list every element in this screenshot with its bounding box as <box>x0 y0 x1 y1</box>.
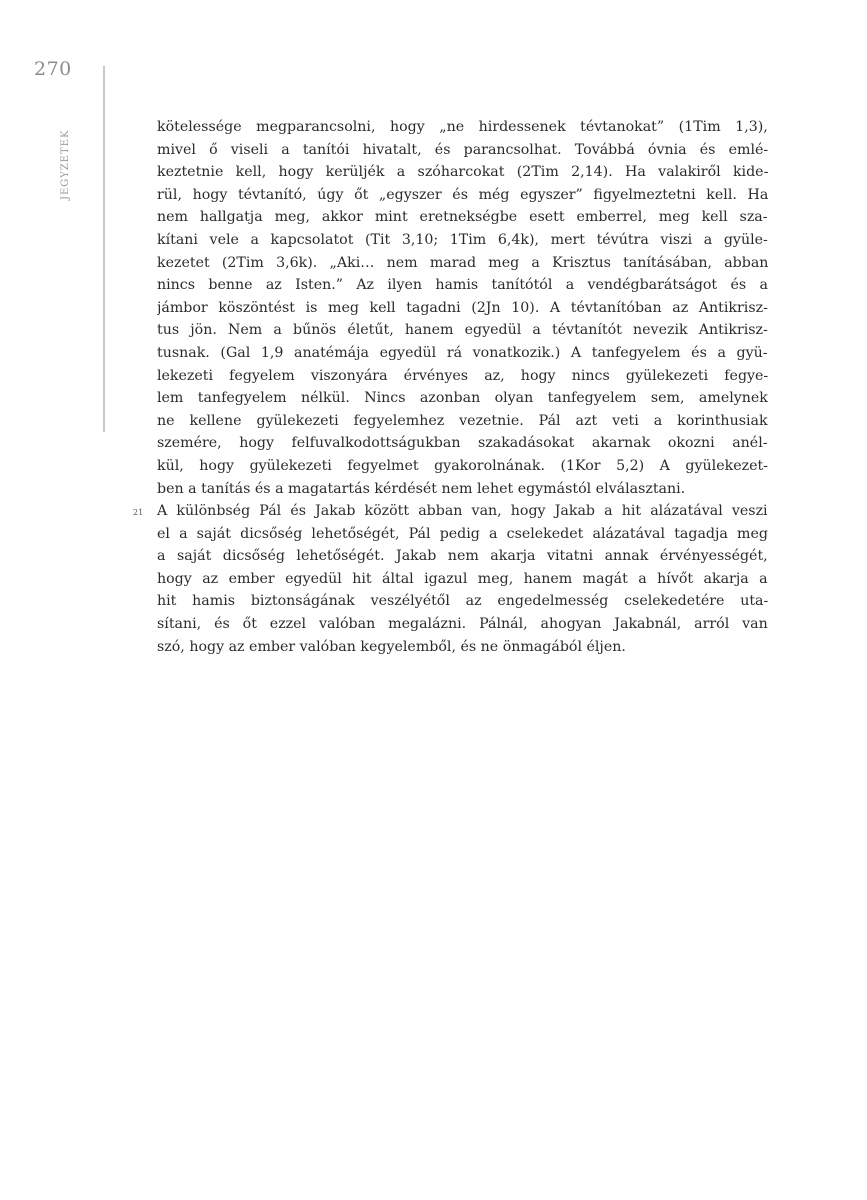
text-line: sítani, és őt ezzel valóban megalázni. P… <box>157 613 768 636</box>
text-line: el a saját dicsőség lehetőségét, Pál ped… <box>157 523 768 546</box>
text-line: ne kellene gyülekezeti fegyelemhez vezet… <box>157 410 768 433</box>
text-line: hogy az ember egyedül hit által igazul m… <box>157 568 768 591</box>
text-line: nem hallgatja meg, akkor mint eretnekség… <box>157 206 768 229</box>
text-line: lekezeti fegyelem viszonyára érvényes az… <box>157 365 768 388</box>
text-line: jámbor köszöntést is meg kell tagadni (2… <box>157 297 768 320</box>
running-section-label: JEGYZETEK <box>60 120 76 210</box>
text-line: hit hamis biztonságának veszélyétől az e… <box>157 590 768 613</box>
text-line: tusnak. (Gal 1,9 anatémája egyedül rá vo… <box>157 342 768 365</box>
page-number: 270 <box>34 58 72 80</box>
notes-body: kötelessége megparancsolni, hogy „ne hir… <box>157 116 768 658</box>
text-line: nincs benne az Isten.” Az ilyen hamis ta… <box>157 274 768 297</box>
margin-vertical-rule <box>103 66 105 432</box>
continued-note: kötelessége megparancsolni, hogy „ne hir… <box>157 116 768 500</box>
text-line: ben a tanítás és a magatartás kérdését n… <box>157 478 768 501</box>
text-line: szemére, hogy felfuvalkodottságukban sza… <box>157 432 768 455</box>
text-line: keztetnie kell, hogy kerüljék a szóharco… <box>157 161 768 184</box>
text-line: mivel ő viseli a tanítói hivatalt, és pa… <box>157 139 768 162</box>
footnote-number: 21 <box>133 502 143 525</box>
text-line: kítani vele a kapcsolatot (Tit 3,10; 1Ti… <box>157 229 768 252</box>
text-line: kül, hogy gyülekezeti fegyelmet gyakorol… <box>157 455 768 478</box>
text-line: kötelessége megparancsolni, hogy „ne hir… <box>157 116 768 139</box>
text-line: a saját dicsőség lehetőségét. Jakab nem … <box>157 545 768 568</box>
text-line: tus jön. Nem a bűnös életűt, hanem egyed… <box>157 319 768 342</box>
text-line: rül, hogy tévtanító, úgy őt „egyszer és … <box>157 184 768 207</box>
text-line: lem tanfegyelem nélkül. Nincs azonban ol… <box>157 387 768 410</box>
footnote-21: 21 A különbség Pál és Jakab között abban… <box>157 500 768 658</box>
text-line: szó, hogy az ember valóban kegyelemből, … <box>157 636 768 659</box>
text-line: A különbség Pál és Jakab között abban va… <box>157 500 768 523</box>
text-line: kezetet (2Tim 3,6k). „Aki… nem marad meg… <box>157 252 768 275</box>
